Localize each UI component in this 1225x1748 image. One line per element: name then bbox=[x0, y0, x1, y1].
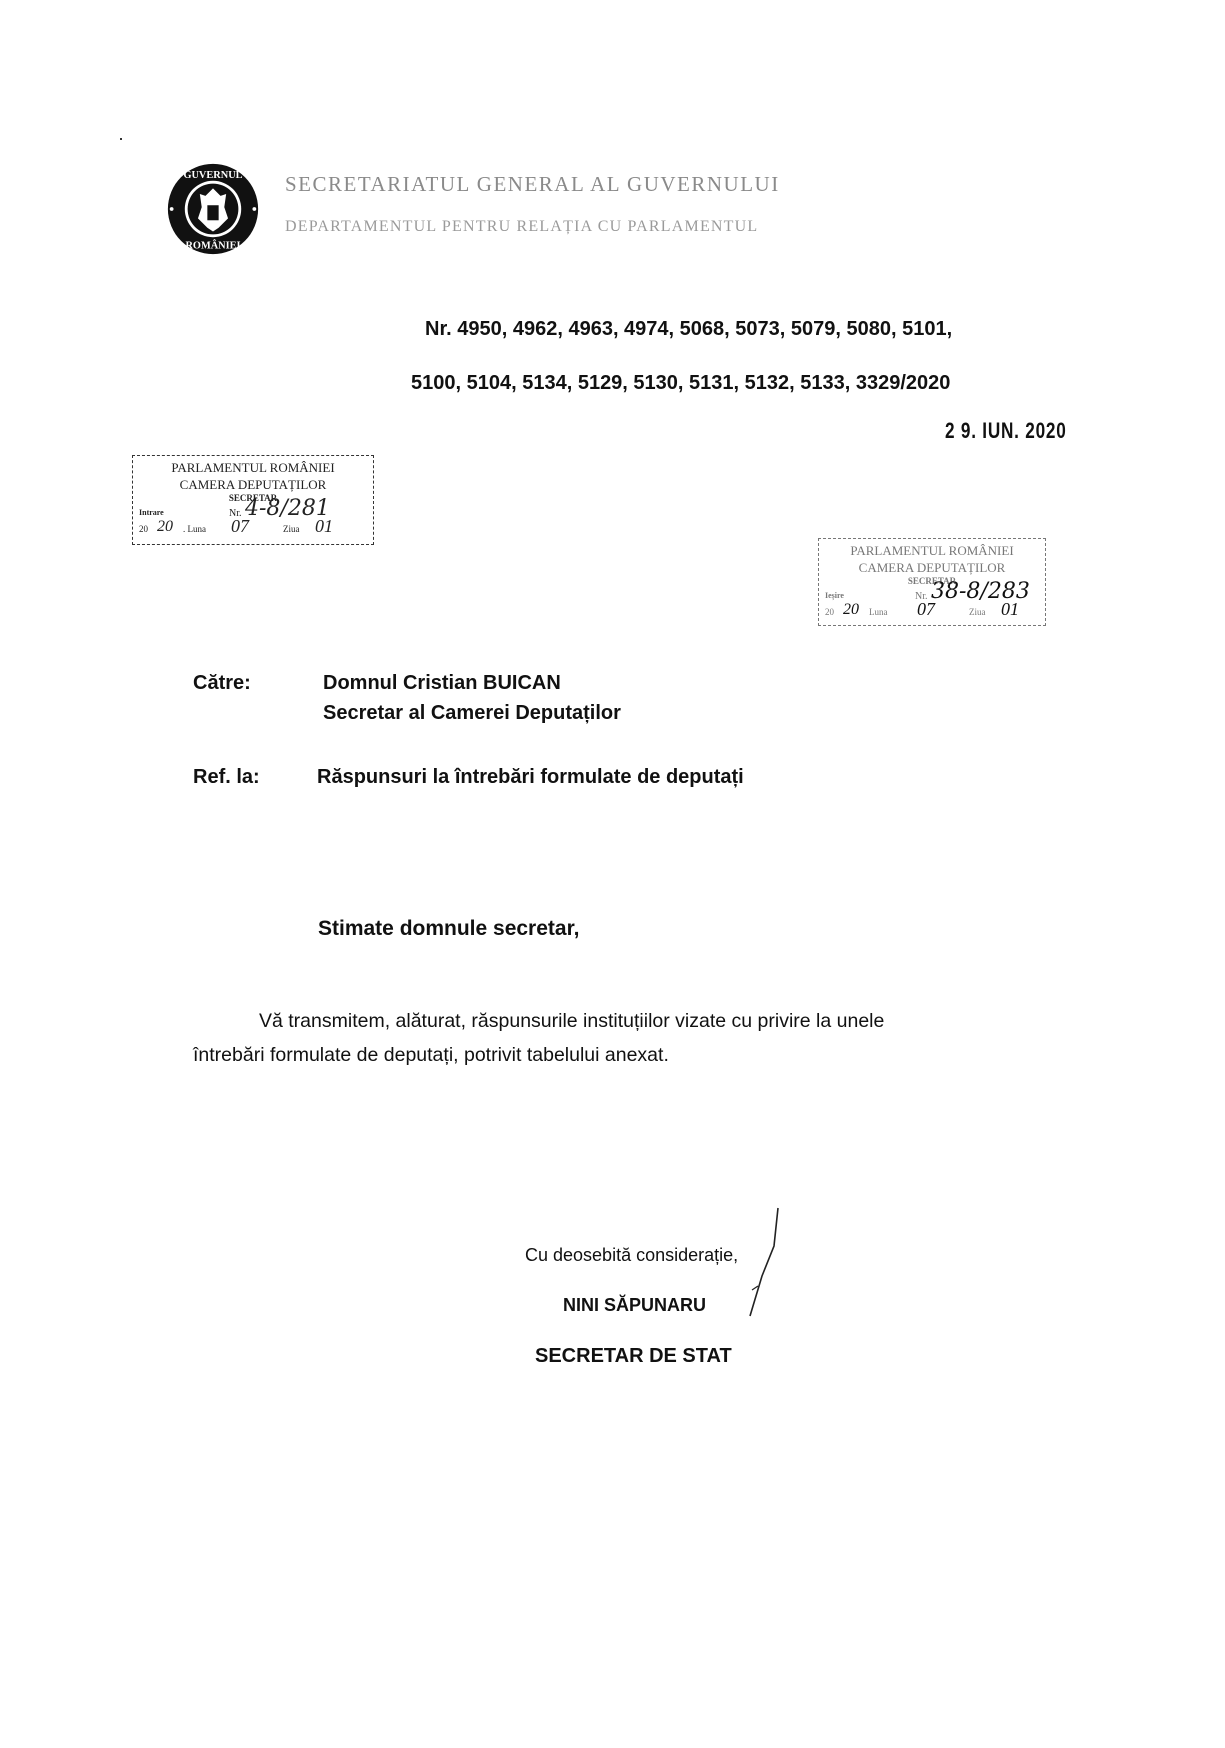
incoming-registry-stamp: PARLAMENTUL ROMÂNIEI CAMERA DEPUTAȚILOR … bbox=[132, 455, 374, 545]
registration-numbers-line1: Nr. 4950, 4962, 4963, 4974, 5068, 5073, … bbox=[425, 318, 952, 341]
stamp-day-label: Ziua bbox=[969, 607, 986, 617]
stamp-direction: Ieșire bbox=[825, 591, 844, 600]
addressee-label: Către: bbox=[193, 672, 251, 695]
svg-text:ROMÂNIEI: ROMÂNIEI bbox=[185, 239, 240, 251]
stamp-year-prefix: 20 bbox=[825, 607, 834, 617]
stamp-month-label: Luna bbox=[869, 607, 888, 617]
stamp-direction: Intrare bbox=[139, 508, 164, 517]
org-name: SECRETARIATUL GENERAL AL GUVERNULUI bbox=[285, 172, 780, 197]
stamp-year-value: 20 bbox=[157, 518, 173, 536]
stamp-month-label: . Luna bbox=[183, 524, 206, 534]
stamp-line2: CAMERA DEPUTAȚILOR bbox=[133, 477, 373, 493]
signer-name: NINI SĂPUNARU bbox=[563, 1295, 706, 1316]
stamp-day-label: Ziua bbox=[283, 524, 300, 534]
salutation: Stimate domnule secretar, bbox=[318, 917, 579, 941]
signer-title: SECRETAR DE STAT bbox=[535, 1345, 732, 1368]
outgoing-registry-stamp: PARLAMENTUL ROMÂNIEI CAMERA DEPUTAȚILOR … bbox=[818, 538, 1046, 626]
addressee-name: Domnul Cristian BUICAN bbox=[323, 672, 561, 695]
scan-speck bbox=[120, 138, 122, 140]
stamp-month-value: 07 bbox=[917, 599, 935, 620]
date-stamp: 2 9. IUN. 2020 bbox=[945, 418, 1067, 444]
stamp-line1: PARLAMENTUL ROMÂNIEI bbox=[819, 543, 1045, 559]
stamp-day-value: 01 bbox=[1001, 599, 1019, 620]
reference-text: Răspunsuri la întrebări formulate de dep… bbox=[317, 766, 744, 789]
stamp-year-value: 20 bbox=[843, 601, 859, 619]
svg-text:GUVERNUL: GUVERNUL bbox=[183, 170, 242, 181]
stamp-day-value: 01 bbox=[315, 516, 333, 537]
department-name: DEPARTAMENTUL PENTRU RELAȚIA CU PARLAMEN… bbox=[285, 218, 758, 236]
stamp-month-value: 07 bbox=[231, 516, 249, 537]
government-seal-icon: GUVERNUL ROMÂNIEI bbox=[166, 162, 260, 256]
handwritten-signature-icon bbox=[730, 1206, 790, 1326]
registration-numbers-line2: 5100, 5104, 5134, 5129, 5130, 5131, 5132… bbox=[411, 372, 950, 395]
stamp-year-prefix: 20 bbox=[139, 524, 148, 534]
closing-formula: Cu deosebită considerație, bbox=[525, 1245, 738, 1266]
stamp-line1: PARLAMENTUL ROMÂNIEI bbox=[133, 460, 373, 476]
stamp-line2: CAMERA DEPUTAȚILOR bbox=[819, 560, 1045, 576]
addressee-title: Secretar al Camerei Deputaților bbox=[323, 702, 621, 725]
body-paragraph: Vă transmitem, alăturat, răspunsurile in… bbox=[193, 1004, 893, 1072]
reference-label: Ref. la: bbox=[193, 766, 260, 789]
